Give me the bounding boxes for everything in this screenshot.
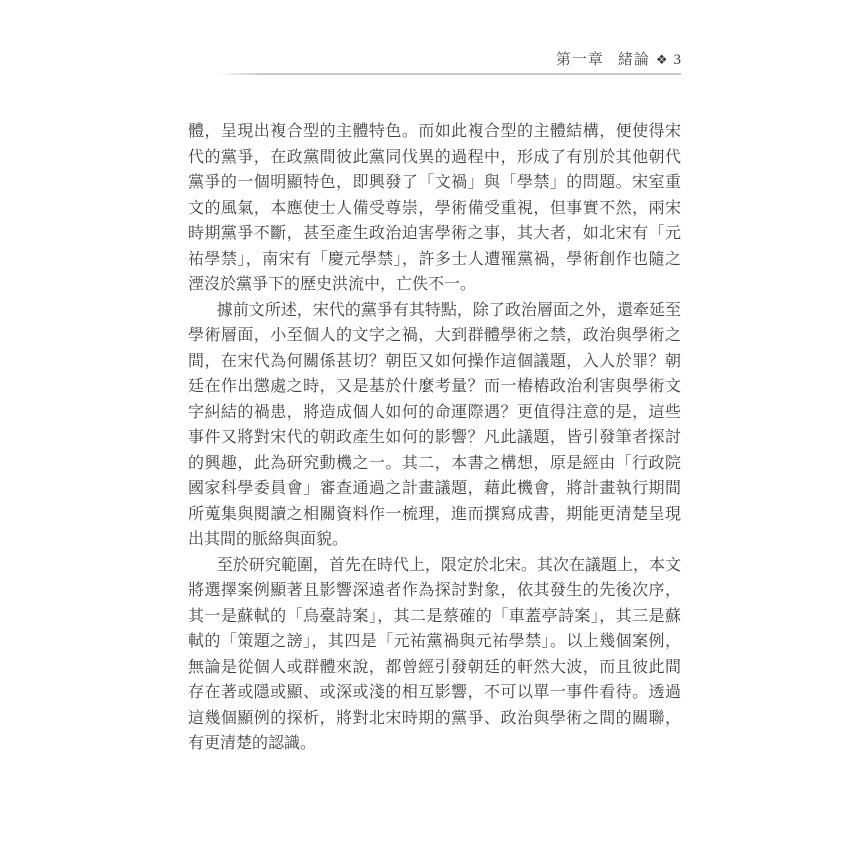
running-header: 第一章 緒論 ❖ 3 — [188, 48, 681, 70]
body-paragraph: 據前文所述，宋代的黨爭有其特點，除了政治層面之外，還牽延至學術層面，小至個人的文… — [188, 298, 681, 553]
page-body: 體，呈現出複合型的主體特色。而如此複合型的主體結構，便使得宋代的黨爭，在政黨間彼… — [188, 119, 681, 757]
section-title: 緒論 — [618, 48, 650, 69]
chapter-title: 第一章 — [556, 48, 604, 69]
body-paragraph: 至於研究範圍，首先在時代上，限定於北宋。其次在議題上，本文將選擇案例顯著且影響深… — [188, 553, 681, 757]
page-number: 3 — [674, 52, 682, 69]
header-rule — [216, 73, 681, 75]
book-page: 第一章 緒論 ❖ 3 體，呈現出複合型的主體特色。而如此複合型的主體結構，便使得… — [0, 0, 850, 850]
diamond-ornament-icon: ❖ — [656, 52, 669, 68]
body-paragraph: 體，呈現出複合型的主體特色。而如此複合型的主體結構，便使得宋代的黨爭，在政黨間彼… — [188, 119, 681, 298]
